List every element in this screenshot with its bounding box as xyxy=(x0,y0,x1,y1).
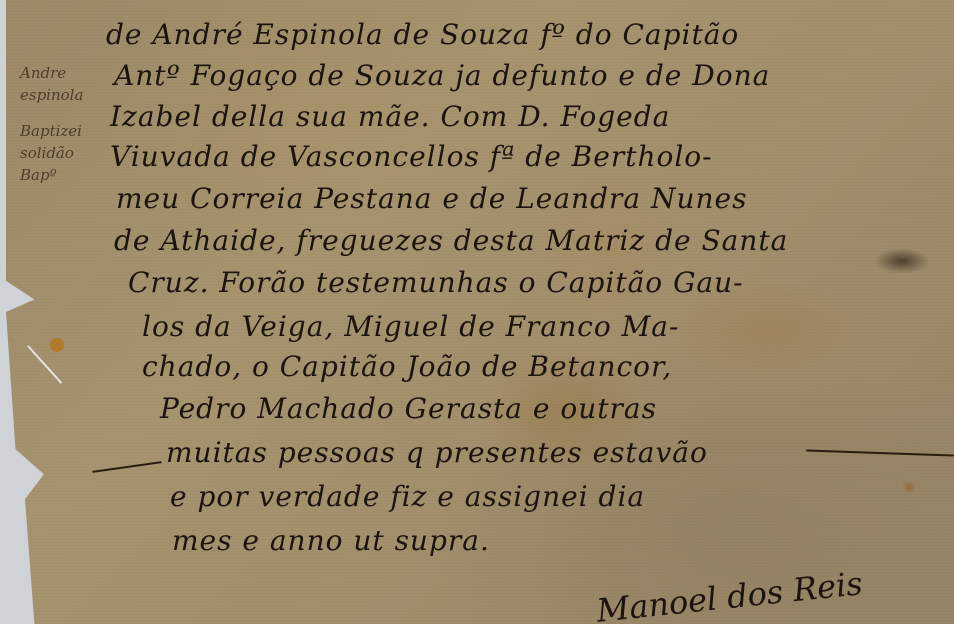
text-line: e por verdade fiz e assignei dia xyxy=(170,480,645,513)
manuscript-page: Andre espinola Baptizei solidão Bapº de … xyxy=(6,0,954,624)
text-line: mes e anno ut supra. xyxy=(172,524,490,557)
text-line: meu Correia Pestana e de Leandra Nunes xyxy=(116,182,747,215)
text-line: muitas pessoas q presentes estavão xyxy=(166,436,708,469)
text-line: Antº Fogaço de Souza ja defunto e de Don… xyxy=(114,59,770,92)
flourish-stroke xyxy=(92,461,162,473)
margin-line: solidão xyxy=(20,142,110,164)
text-line: chado, o Capitão João de Betancor, xyxy=(142,350,672,383)
margin-line: espinola xyxy=(20,84,110,106)
margin-note: Andre espinola Baptizei solidão Bapº xyxy=(20,62,110,186)
text-line: Pedro Machado Gerasta e outras xyxy=(160,392,657,425)
text-line: Cruz. Forão testemunhas o Capitão Gau- xyxy=(128,266,744,299)
margin-line: Bapº xyxy=(20,164,110,186)
text-line: Izabel della sua mãe. Com D. Fogeda xyxy=(110,100,670,133)
small-stain xyxy=(902,480,916,494)
margin-line: Andre xyxy=(20,62,110,84)
signature: Manoel dos Reis xyxy=(595,564,865,624)
dark-smudge xyxy=(874,248,930,274)
text-line: de Athaide, freguezes desta Matriz de Sa… xyxy=(114,224,788,257)
margin-line: Baptizei xyxy=(20,120,110,142)
ink-stain xyxy=(50,338,64,352)
text-line: de André Espinola de Souza fº do Capitão xyxy=(106,18,739,51)
text-line: los da Veiga, Miguel de Franco Ma- xyxy=(142,310,679,343)
text-line: Viuvada de Vasconcellos fª de Bertholo- xyxy=(110,140,713,173)
line-fill-stroke xyxy=(806,449,954,456)
